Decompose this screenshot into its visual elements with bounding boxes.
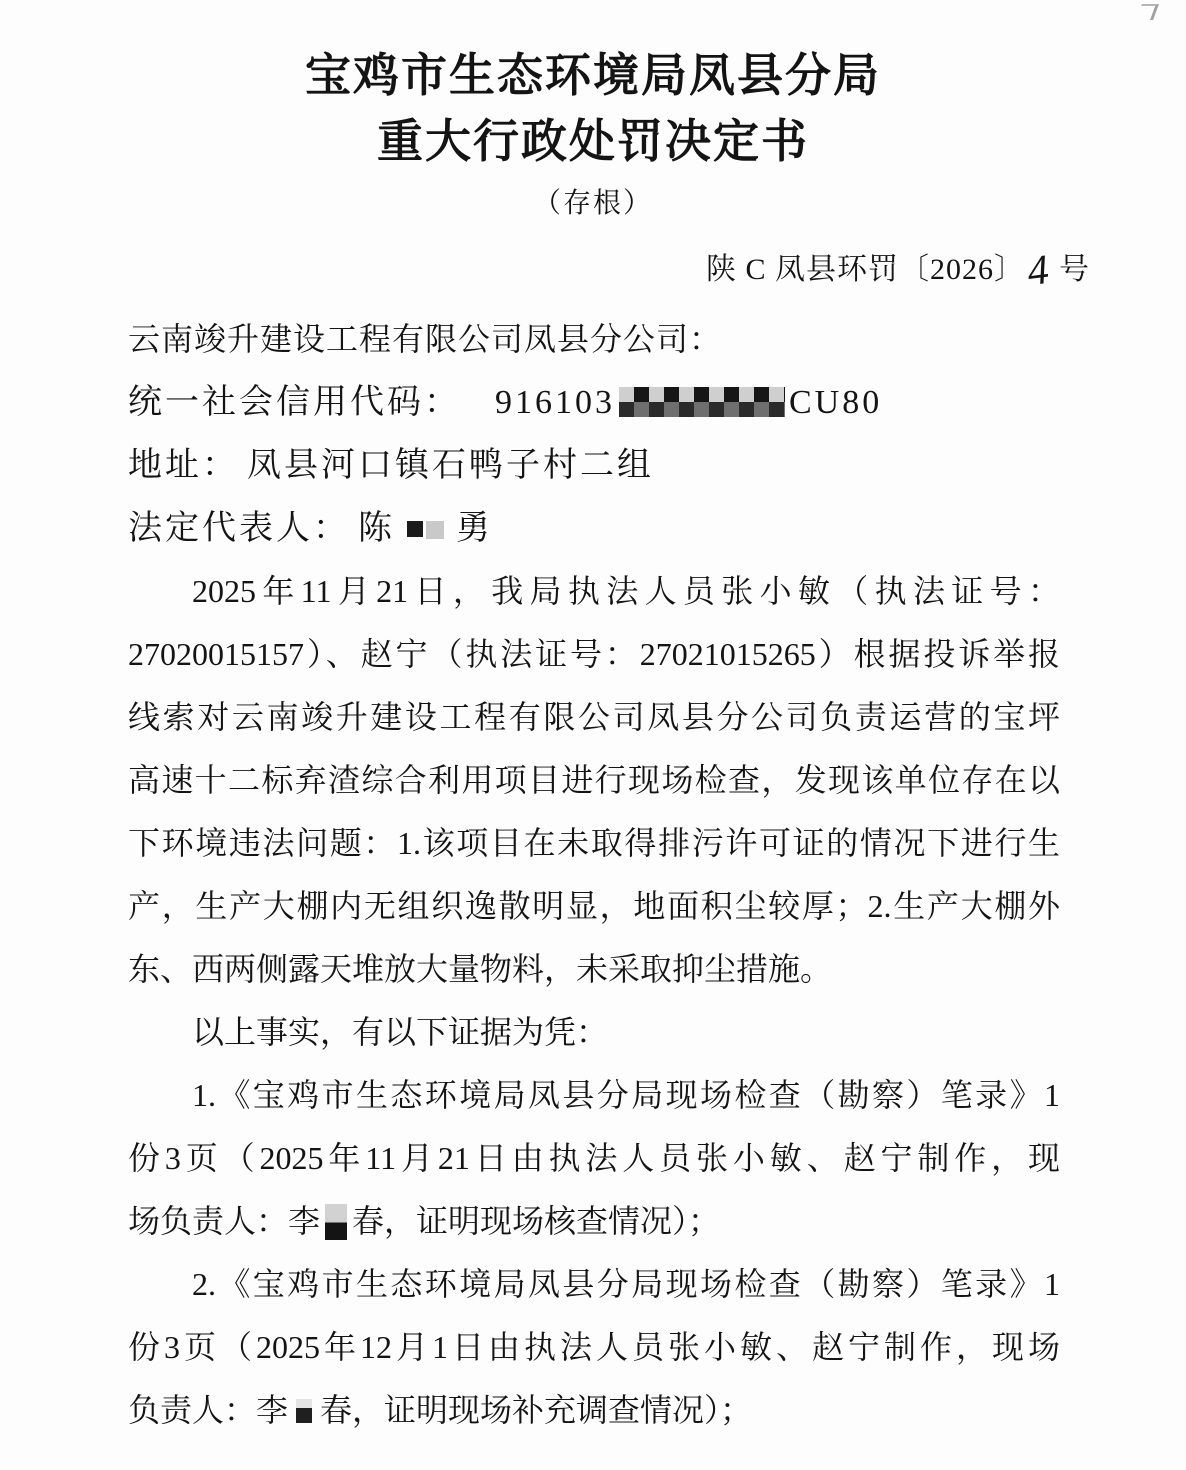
address-line: 地址：凤县河口镇石鸭子村二组 [128, 434, 1060, 497]
evidence2-line1: 2.《宝鸡市生态环境局凤县分局现场检查（勘察）笔录》1 [128, 1253, 1060, 1316]
recipient-line: 云南竣升建设工程有限公司凤县分公司： [128, 308, 1060, 371]
credit-code-line: 统一社会信用代码：916103CU80 [128, 371, 1060, 434]
stub-label: （存根） [0, 184, 1186, 224]
paragraph1-line7: 东、西两侧露天堆放大量物料，未采取抑尘措施。 [128, 938, 1060, 1001]
paragraph1-line6: 产，生产大棚内无组织逸散明显，地面积尘较厚；2.生产大棚外 [128, 875, 1060, 938]
handwritten-case-number: 4 [1026, 260, 1050, 283]
paragraph1-line2: 27020015157）、赵宁（执法证号：27021015265）根据投诉举报 [128, 623, 1060, 686]
evidence2-name-redaction-mosaic [296, 1399, 312, 1423]
paragraph1-line5: 下环境违法问题：1.该项目在未取得排污许可证的情况下进行生 [128, 812, 1060, 875]
address-value: 凤县河口镇石鸭子村二组 [247, 447, 654, 484]
paragraph1-line1: 2025年11月21日，我局执法人员张小敏（执法证号： [128, 560, 1060, 623]
credit-code-label: 统一社会信用代码： [128, 384, 461, 421]
document-body: 云南竣升建设工程有限公司凤县分公司： 统一社会信用代码：916103CU80 地… [128, 308, 1060, 1442]
legal-representative-given-name: 勇 [456, 510, 493, 547]
evidence2-line3: 负责人：李春，证明现场补充调查情况）； [128, 1379, 1060, 1442]
evidence2-name-suffix: 春，证明现场补充调查情况）； [320, 1392, 752, 1428]
evidence1-name-suffix: 春，证明现场核查情况）； [352, 1203, 720, 1239]
document-number-prefix: 陕 C 凤县环罚〔2026〕 [706, 253, 1025, 286]
evidence1-line1: 1.《宝鸡市生态环境局凤县分局现场检查（勘察）笔录》1 [128, 1064, 1060, 1127]
evidence1-line3: 场负责人：李春，证明现场核查情况）； [128, 1190, 1060, 1253]
paragraph1-line3: 线索对云南竣升建设工程有限公司凤县分公司负责运营的宝坪 [128, 686, 1060, 749]
address-label: 地址： [128, 447, 239, 484]
legal-representative-label: 法定代表人： [128, 510, 350, 547]
evidence2-name-prefix: 负责人：李 [128, 1392, 288, 1428]
credit-code-redaction-mosaic [619, 387, 785, 417]
document-title-line2: 重大行政处罚决定书 [0, 112, 1186, 172]
evidence1-line2: 份3页（2025年11月21日由执法人员张小敏、赵宁制作，现 [128, 1127, 1060, 1190]
document-number-suffix: 号 [1059, 253, 1090, 286]
legal-representative-redaction-light [426, 521, 444, 539]
evidence1-name-prefix: 场负责人：李 [128, 1203, 320, 1239]
document-title-line1: 宝鸡市生态环境局凤县分局 [0, 0, 1186, 106]
legal-representative-line: 法定代表人：陈勇 [128, 497, 1060, 560]
document-number-line: 陕 C 凤县环罚〔2026〕4号 [0, 250, 1186, 290]
credit-code-suffix: CU80 [789, 384, 882, 421]
paragraph1-line4: 高速十二标弃渣综合利用项目进行现场检查，发现该单位存在以 [128, 749, 1060, 812]
penalty-decision-document: 宝鸡市生态环境局凤县分局 重大行政处罚决定书 （存根） 陕 C 凤县环罚〔202… [0, 0, 1186, 1470]
legal-representative-redaction-dark [407, 521, 423, 537]
evidence2-line2: 份3页（2025年12月1日由执法人员张小敏、赵宁制作，现场 [128, 1316, 1060, 1379]
evidence1-name-redaction-mosaic [325, 1204, 347, 1240]
legal-representative-surname: 陈 [358, 510, 395, 547]
facts-lead-line: 以上事实，有以下证据为凭： [128, 1001, 1060, 1064]
credit-code-prefix: 916103 [495, 384, 615, 421]
